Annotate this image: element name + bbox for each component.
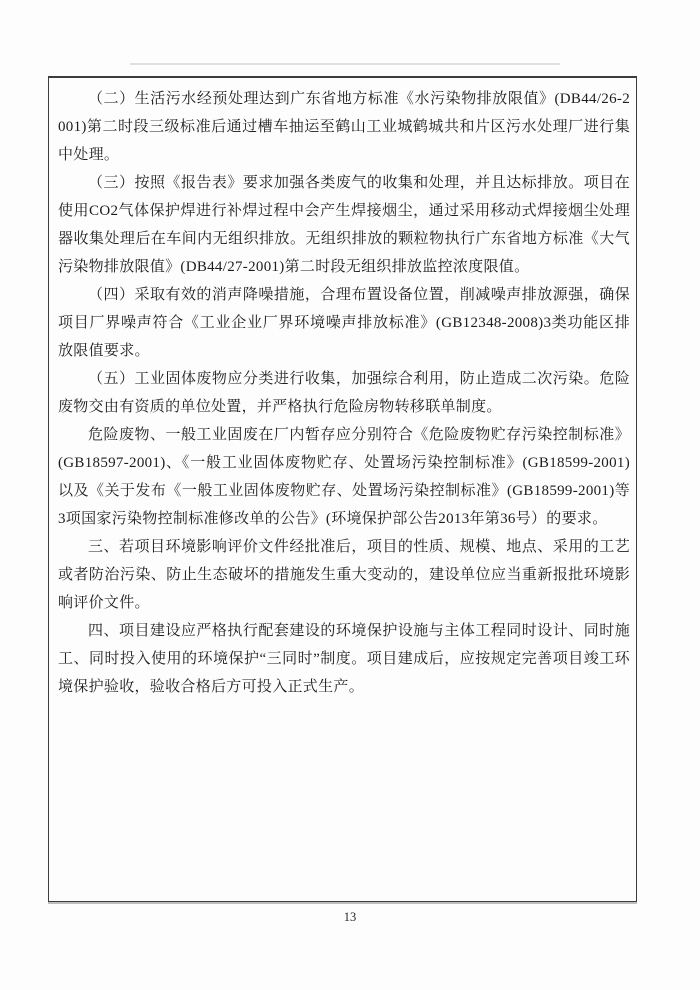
paragraph-solid-waste: （五）工业固体废物应分类进行收集，加强综合利用，防止造成二次污染。危险废物交由有… — [58, 365, 630, 421]
paragraph-item-three: 三、若项目环境影响评价文件经批准后，项目的性质、规模、地点、采用的工艺或者防治污… — [58, 533, 630, 617]
paragraph-noise: （四）采取有效的消声降噪措施，合理布置设备位置，削减噪声排放源强，确保项目厂界噪… — [58, 281, 630, 365]
scanned-document-page: （二）生活污水经预处理达到广东省地方标准《水污染物排放限值》(DB44/26-2… — [0, 0, 700, 990]
paragraph-waste-gas: （三）按照《报告表》要求加强各类废气的收集和处理，并且达标排放。项目在使用CO2… — [58, 169, 630, 281]
page-number: 13 — [0, 910, 700, 925]
paragraph-hazardous-waste-standards: 危险废物、一般工业固废在厂内暂存应分别符合《危险废物贮存污染控制标准》(GB18… — [58, 421, 630, 533]
paragraph-item-four: 四、项目建设应严格执行配套建设的环境保护设施与主体工程同时设计、同时施工、同时投… — [58, 617, 630, 701]
table-border-frame: （二）生活污水经预处理达到广东省地方标准《水污染物排放限值》(DB44/26-2… — [48, 76, 637, 902]
document-text-block: （二）生活污水经预处理达到广东省地方标准《水污染物排放限值》(DB44/26-2… — [58, 85, 630, 701]
scan-artifact-line — [130, 63, 560, 65]
paragraph-wastewater: （二）生活污水经预处理达到广东省地方标准《水污染物排放限值》(DB44/26-2… — [58, 85, 630, 169]
